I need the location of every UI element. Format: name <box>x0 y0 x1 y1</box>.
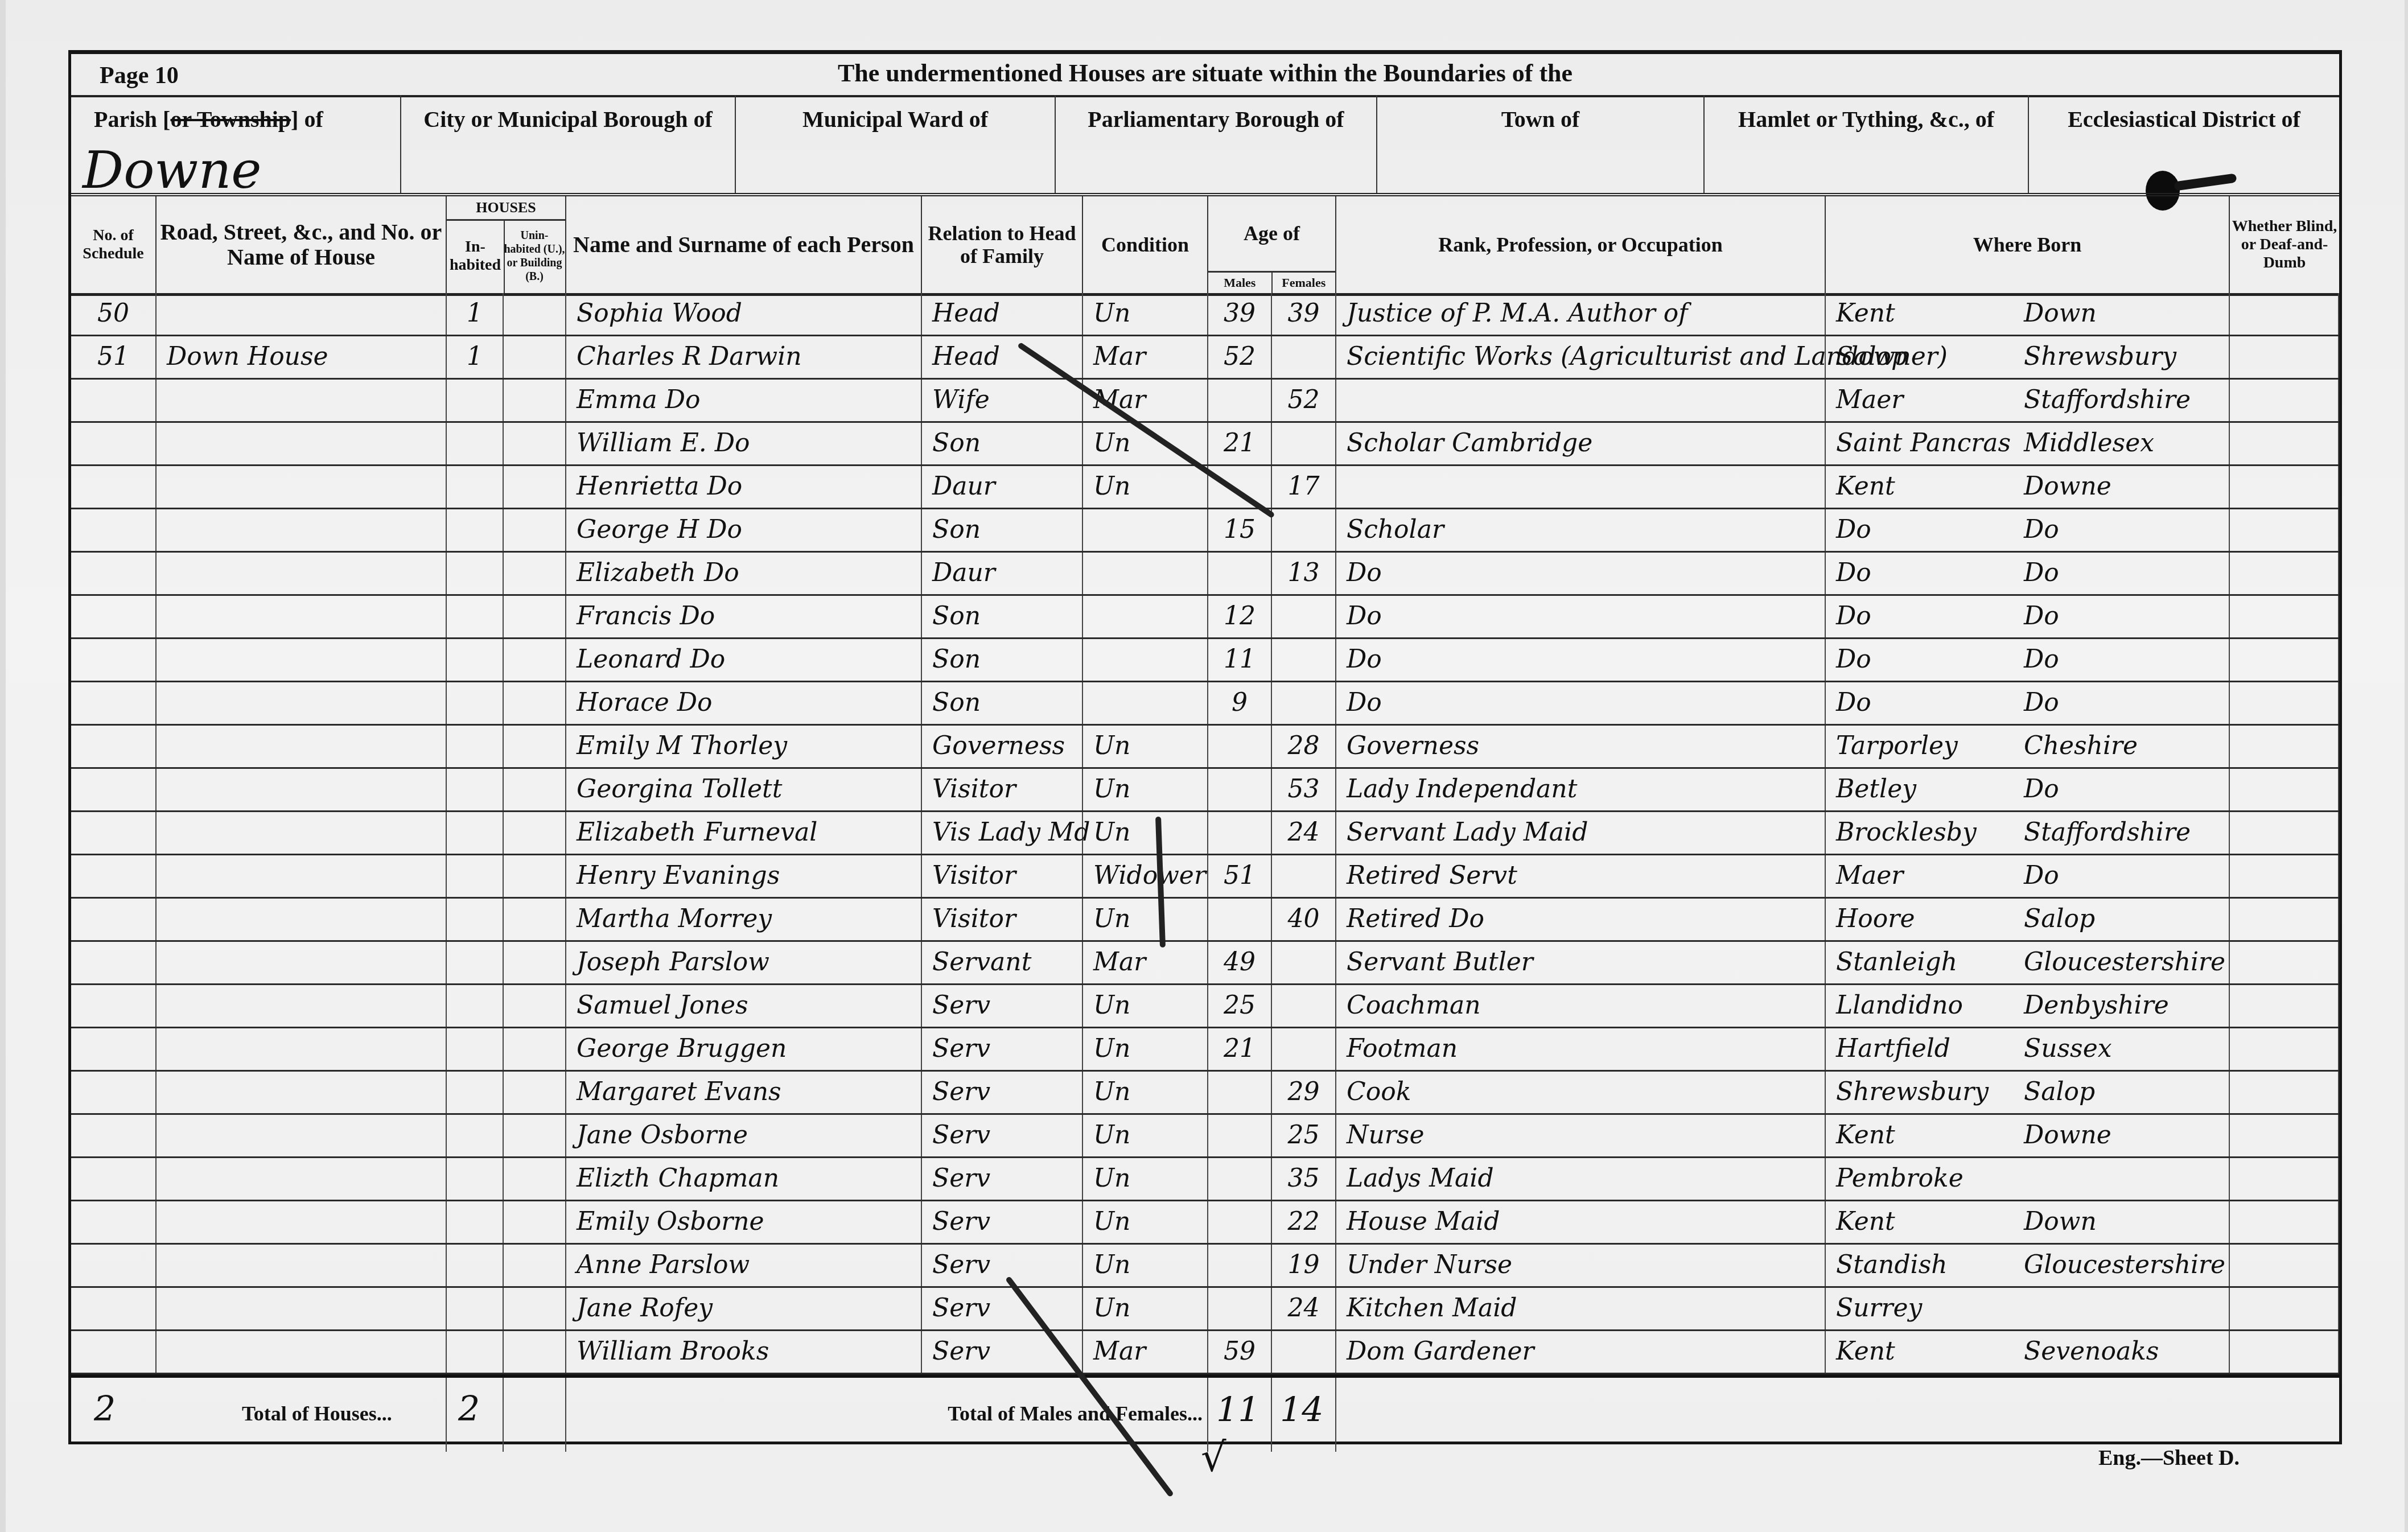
schedule-cell <box>71 1028 157 1070</box>
uninhabited-cell <box>504 380 566 421</box>
born-county-cell: Hoore <box>1826 899 2014 940</box>
occupation-cell: Do <box>1336 553 1826 594</box>
born-place-cell: Downe <box>2014 1115 2230 1156</box>
total-males-value: 11 <box>1216 1390 1259 1430</box>
males-age-cell: 49 <box>1208 942 1272 983</box>
condition-cell: Un <box>1083 1072 1208 1113</box>
born-place-cell: Sussex <box>2014 1028 2230 1070</box>
males-age-cell: 39 <box>1208 293 1272 335</box>
males-age-cell: 21 <box>1208 1028 1272 1070</box>
parish-cell: Parish [or Township] of Downe <box>71 95 401 193</box>
name-cell: Martha Morrey <box>566 899 922 940</box>
schedule-cell: 51 <box>71 336 157 378</box>
born-place-cell: Staffordshire <box>2014 812 2230 854</box>
males-age-cell: 51 <box>1208 855 1272 897</box>
born-county-cell: Kent <box>1826 1115 2014 1156</box>
total-persons-label: Total of Males and Females... <box>948 1402 1203 1426</box>
blind-cell <box>2230 1288 2339 1329</box>
road-cell <box>157 1158 447 1200</box>
inhabited-cell <box>447 380 504 421</box>
uninhabited-cell <box>504 1245 566 1286</box>
condition-cell: Un <box>1083 293 1208 335</box>
relation-cell: Son <box>922 682 1083 724</box>
uninhabited-cell <box>504 942 566 983</box>
name-cell: George Bruggen <box>566 1028 922 1070</box>
born-place-cell <box>2014 1288 2230 1329</box>
occupation-cell: Servant Butler <box>1336 942 1826 983</box>
col-schedule: No. of Schedule <box>71 196 157 293</box>
road-cell <box>157 855 447 897</box>
blind-cell <box>2230 899 2339 940</box>
occupation-cell: Coachman <box>1336 985 1826 1027</box>
col-houses: HOUSES In-habited Unin-habited (U.), or … <box>447 196 566 293</box>
occupation-cell: House Maid <box>1336 1201 1826 1243</box>
males-age-cell: 15 <box>1208 509 1272 551</box>
females-age-cell: 52 <box>1272 380 1336 421</box>
parish-label-prefix: Parish [ <box>94 106 170 132</box>
sheet-label: Eng.—Sheet D. <box>2098 1445 2240 1471</box>
born-place-cell: Salop <box>2014 899 2230 940</box>
inhabited-cell: 1 <box>447 293 504 335</box>
road-cell <box>157 596 447 637</box>
road-cell <box>157 293 447 335</box>
born-county-cell: Stanleigh <box>1826 942 2014 983</box>
males-age-cell <box>1208 553 1272 594</box>
relation-cell: Serv <box>922 1028 1083 1070</box>
blind-cell <box>2230 1072 2339 1113</box>
blind-cell <box>2230 682 2339 724</box>
born-county-cell: Tarporley <box>1826 726 2014 767</box>
blind-cell <box>2230 1028 2339 1070</box>
town-cell: Town of <box>1377 95 1705 193</box>
born-place-cell: Cheshire <box>2014 726 2230 767</box>
schedule-cell <box>71 682 157 724</box>
females-age-cell: 29 <box>1272 1072 1336 1113</box>
occupation-cell: Ladys Maid <box>1336 1158 1826 1200</box>
occupation-cell: Scholar Cambridge <box>1336 423 1826 464</box>
blind-cell <box>2230 596 2339 637</box>
females-age-cell: 17 <box>1272 466 1336 508</box>
uninhabited-cell <box>504 1201 566 1243</box>
inhabited-cell <box>447 423 504 464</box>
blind-cell <box>2230 509 2339 551</box>
table-row: George H DoSon15ScholarDoDo <box>71 509 2339 553</box>
name-cell: Jane Rofey <box>566 1288 922 1329</box>
born-county-cell: Pembroke <box>1826 1158 2014 1200</box>
schedule-cell <box>71 1245 157 1286</box>
born-county-cell: Surrey <box>1826 1288 2014 1329</box>
males-age-cell <box>1208 1288 1272 1329</box>
schedule-cell <box>71 1201 157 1243</box>
females-age-cell: 39 <box>1272 293 1336 335</box>
males-age-cell <box>1208 1245 1272 1286</box>
born-county-cell: Maer <box>1826 855 2014 897</box>
occupation-cell: Lady Independant <box>1336 769 1826 810</box>
born-place-cell: Middlesex <box>2014 423 2230 464</box>
road-cell <box>157 380 447 421</box>
occupation-cell: Nurse <box>1336 1115 1826 1156</box>
born-place-cell: Do <box>2014 682 2230 724</box>
males-age-cell: 59 <box>1208 1331 1272 1373</box>
males-age-cell <box>1208 769 1272 810</box>
uninhabited-cell <box>504 682 566 724</box>
inhabited-cell <box>447 466 504 508</box>
census-sheet: Page 10 The undermentioned Houses are si… <box>68 50 2342 1444</box>
road-cell <box>157 769 447 810</box>
schedule-cell <box>71 466 157 508</box>
occupation-cell: Kitchen Maid <box>1336 1288 1826 1329</box>
inhabited-cell <box>447 726 504 767</box>
road-cell: Down House <box>157 336 447 378</box>
females-age-cell <box>1272 1028 1336 1070</box>
uninhabited-cell <box>504 812 566 854</box>
table-row: George BruggenServUn21FootmanHartfieldSu… <box>71 1028 2339 1072</box>
occupation-cell: Retired Servt <box>1336 855 1826 897</box>
name-cell: Elizabeth Furneval <box>566 812 922 854</box>
table-row: Margaret EvansServUn29CookShrewsburySalo… <box>71 1072 2339 1115</box>
females-age-cell <box>1272 423 1336 464</box>
name-cell: Francis Do <box>566 596 922 637</box>
condition-cell: Un <box>1083 726 1208 767</box>
road-cell <box>157 812 447 854</box>
born-place-cell: Down <box>2014 1201 2230 1243</box>
table-row: 501Sophia WoodHeadUn3939Justice of P. M.… <box>71 293 2339 336</box>
relation-cell: Serv <box>922 1072 1083 1113</box>
females-age-cell: 13 <box>1272 553 1336 594</box>
condition-cell: Mar <box>1083 942 1208 983</box>
schedule-cell <box>71 1158 157 1200</box>
hamlet-cell: Hamlet or Tything, &c., of <box>1705 95 2029 193</box>
relation-cell: Son <box>922 639 1083 681</box>
born-county-cell: Maer <box>1826 380 2014 421</box>
blind-cell <box>2230 639 2339 681</box>
road-cell <box>157 1115 447 1156</box>
condition-cell: Mar <box>1083 336 1208 378</box>
uninhabited-cell <box>504 1115 566 1156</box>
road-cell <box>157 726 447 767</box>
males-age-cell <box>1208 899 1272 940</box>
females-age-cell <box>1272 942 1336 983</box>
road-cell <box>157 899 447 940</box>
name-cell: Henrietta Do <box>566 466 922 508</box>
females-age-cell: 19 <box>1272 1245 1336 1286</box>
born-place-cell: Shrewsbury <box>2014 336 2230 378</box>
condition-cell: Un <box>1083 1201 1208 1243</box>
relation-cell: Daur <box>922 466 1083 508</box>
table-row: Joseph ParslowServantMar49Servant Butler… <box>71 942 2339 985</box>
schedule-cell <box>71 899 157 940</box>
table-row: William BrooksServMar59Dom GardenerKentS… <box>71 1331 2339 1374</box>
males-age-cell <box>1208 380 1272 421</box>
boundary-title: The undermentioned Houses are situate wi… <box>71 59 2339 88</box>
table-row: Martha MorreyVisitorUn40Retired DoHooreS… <box>71 899 2339 942</box>
schedule-cell <box>71 855 157 897</box>
born-place-cell: Gloucestershire <box>2014 942 2230 983</box>
uninhabited-cell <box>504 769 566 810</box>
males-age-cell: 52 <box>1208 336 1272 378</box>
occupation-cell: Footman <box>1336 1028 1826 1070</box>
uninhabited-cell <box>504 726 566 767</box>
inhabited-cell <box>447 639 504 681</box>
blind-cell <box>2230 1158 2339 1200</box>
uninhabited-cell <box>504 1331 566 1373</box>
name-cell: Sophia Wood <box>566 293 922 335</box>
table-row: Elizth ChapmanServUn35Ladys MaidPembroke <box>71 1158 2339 1201</box>
condition-cell: Un <box>1083 1245 1208 1286</box>
road-cell <box>157 1288 447 1329</box>
blind-cell <box>2230 1245 2339 1286</box>
females-age-cell <box>1272 855 1336 897</box>
table-row: Elizabeth DoDaur13DoDoDo <box>71 553 2339 596</box>
relation-cell: Daur <box>922 553 1083 594</box>
inhabited-cell <box>447 899 504 940</box>
males-age-cell: 12 <box>1208 596 1272 637</box>
uninhabited-cell <box>504 466 566 508</box>
schedule-cell <box>71 639 157 681</box>
born-place-cell <box>2014 1158 2230 1200</box>
condition-cell: Mar <box>1083 1331 1208 1373</box>
relation-cell: Serv <box>922 1201 1083 1243</box>
males-age-cell <box>1208 1115 1272 1156</box>
col-road: Road, Street, &c., and No. or Name of Ho… <box>157 196 447 293</box>
relation-cell: Serv <box>922 985 1083 1027</box>
parish-label: Parish [or Township] of <box>71 108 400 131</box>
name-cell: Joseph Parslow <box>566 942 922 983</box>
name-cell: Charles R Darwin <box>566 336 922 378</box>
born-county-cell: Saint Pancras <box>1826 423 2014 464</box>
uninhabited-cell <box>504 293 566 335</box>
condition-cell: Un <box>1083 1288 1208 1329</box>
name-cell: William E. Do <box>566 423 922 464</box>
blind-cell <box>2230 1331 2339 1373</box>
hamlet-label: Hamlet or Tything, &c., of <box>1705 108 2028 131</box>
road-cell <box>157 466 447 508</box>
col-name: Name and Surname of each Person <box>566 196 922 293</box>
inhabited-cell <box>447 1201 504 1243</box>
males-age-cell: 25 <box>1208 985 1272 1027</box>
col-condition: Condition <box>1083 196 1208 293</box>
table-row: Jane OsborneServUn25NurseKentDowne <box>71 1115 2339 1158</box>
uninhabited-cell <box>504 855 566 897</box>
born-county-cell: Brocklesby <box>1826 812 2014 854</box>
condition-cell <box>1083 596 1208 637</box>
table-row: 51Down House1Charles R DarwinHeadMar52Sc… <box>71 336 2339 380</box>
col-where-born: Where Born <box>1826 196 2230 293</box>
inhabited-cell <box>447 942 504 983</box>
name-cell: Georgina Tollett <box>566 769 922 810</box>
road-cell <box>157 1245 447 1286</box>
uninhabited-cell <box>504 596 566 637</box>
parliamentary-borough-cell: Parliamentary Borough of <box>1056 95 1377 193</box>
name-cell: Elizabeth Do <box>566 553 922 594</box>
males-age-cell: 11 <box>1208 639 1272 681</box>
relation-cell: Head <box>922 293 1083 335</box>
name-cell: Henry Evanings <box>566 855 922 897</box>
schedule-cell <box>71 1072 157 1113</box>
houses-label: HOUSES <box>447 196 565 221</box>
blind-cell <box>2230 466 2339 508</box>
born-county-cell: Betley <box>1826 769 2014 810</box>
relation-cell: Vis Lady Md <box>922 812 1083 854</box>
relation-cell: Visitor <box>922 899 1083 940</box>
females-age-cell <box>1272 509 1336 551</box>
road-cell <box>157 1028 447 1070</box>
uninhabited-cell <box>504 985 566 1027</box>
uninhabited-cell <box>504 1158 566 1200</box>
blind-cell <box>2230 985 2339 1027</box>
name-cell: Leonard Do <box>566 639 922 681</box>
total-females-cell: 14 <box>1272 1378 1336 1452</box>
occupation-cell: Scientific Works (Agriculturist and Land… <box>1336 336 1826 378</box>
condition-cell <box>1083 682 1208 724</box>
condition-cell <box>1083 509 1208 551</box>
col-occupation: Rank, Profession, or Occupation <box>1336 196 1826 293</box>
relation-cell: Son <box>922 423 1083 464</box>
name-cell: Anne Parslow <box>566 1245 922 1286</box>
blind-cell <box>2230 769 2339 810</box>
schedule-total: 2 <box>94 1389 116 1429</box>
table-row: William E. DoSonUn21Scholar CambridgeSai… <box>71 423 2339 466</box>
blind-cell <box>2230 553 2339 594</box>
occupation-cell <box>1336 466 1826 508</box>
males-age-cell: 21 <box>1208 423 1272 464</box>
born-place-cell: Do <box>2014 639 2230 681</box>
occupation-cell: Dom Gardener <box>1336 1331 1826 1373</box>
table-row: Emily OsborneServUn22House MaidKentDown <box>71 1201 2339 1245</box>
males-age-cell <box>1208 812 1272 854</box>
condition-cell: Widower <box>1083 855 1208 897</box>
born-county-cell: Do <box>1826 509 2014 551</box>
table-row: Emma DoWifeMar52MaerStaffordshire <box>71 380 2339 423</box>
born-county-cell: Do <box>1826 682 2014 724</box>
males-age-cell <box>1208 726 1272 767</box>
females-age-cell: 24 <box>1272 1288 1336 1329</box>
name-cell: William Brooks <box>566 1331 922 1373</box>
born-county-cell: Kent <box>1826 466 2014 508</box>
uninhabited-cell <box>504 1288 566 1329</box>
schedule-cell: 50 <box>71 293 157 335</box>
district-row: Parish [or Township] of Downe City or Mu… <box>71 95 2339 196</box>
table-row: Henry EvaningsVisitorWidower51Retired Se… <box>71 855 2339 899</box>
occupation-cell: Servant Lady Maid <box>1336 812 1826 854</box>
inhabited-cell <box>447 553 504 594</box>
name-cell: Samuel Jones <box>566 985 922 1027</box>
relation-cell: Wife <box>922 380 1083 421</box>
females-age-cell: 40 <box>1272 899 1336 940</box>
col-age: Age of Males Females <box>1208 196 1336 293</box>
name-cell: Emily M Thorley <box>566 726 922 767</box>
table-row: Emily M ThorleyGovernessUn28GovernessTar… <box>71 726 2339 769</box>
condition-cell: Un <box>1083 1028 1208 1070</box>
inhabited-cell <box>447 1331 504 1373</box>
uninhabited-cell <box>504 423 566 464</box>
road-cell <box>157 942 447 983</box>
blind-cell <box>2230 293 2339 335</box>
females-age-cell <box>1272 985 1336 1027</box>
road-cell <box>157 1331 447 1373</box>
uninhabited-cell <box>504 336 566 378</box>
relation-cell: Son <box>922 596 1083 637</box>
inhabited-cell: 1 <box>447 336 504 378</box>
column-header-row: No. of Schedule Road, Street, &c., and N… <box>71 196 2339 296</box>
blind-cell <box>2230 1201 2339 1243</box>
municipal-borough-cell: City or Municipal Borough of <box>401 95 736 193</box>
blind-cell <box>2230 1115 2339 1156</box>
born-place-cell: Do <box>2014 769 2230 810</box>
table-row: Anne ParslowServUn19Under NurseStandishG… <box>71 1245 2339 1288</box>
condition-cell <box>1083 553 1208 594</box>
parish-value: Downe <box>83 141 262 200</box>
blind-cell <box>2230 812 2339 854</box>
relation-cell: Serv <box>922 1245 1083 1286</box>
road-cell <box>157 1201 447 1243</box>
females-age-cell <box>1272 682 1336 724</box>
females-age-cell: 53 <box>1272 769 1336 810</box>
females-label: Females <box>1273 273 1336 293</box>
schedule-cell <box>71 1288 157 1329</box>
occupation-cell: Scholar <box>1336 509 1826 551</box>
inhabited-cell <box>447 682 504 724</box>
blind-cell <box>2230 336 2339 378</box>
condition-cell: Un <box>1083 985 1208 1027</box>
relation-cell: Visitor <box>922 769 1083 810</box>
ecclesiastical-district-label: Ecclesiastical District of <box>2029 108 2339 131</box>
name-cell: Emily Osborne <box>566 1201 922 1243</box>
born-place-cell: Downe <box>2014 466 2230 508</box>
condition-cell: Un <box>1083 899 1208 940</box>
schedule-cell <box>71 942 157 983</box>
males-age-cell <box>1208 466 1272 508</box>
males-label: Males <box>1208 273 1273 293</box>
females-age-cell: 25 <box>1272 1115 1336 1156</box>
total-houses-value-cell: 2 <box>447 1378 504 1452</box>
uninhabited-cell <box>504 553 566 594</box>
total-houses-value: 2 <box>458 1389 480 1429</box>
inhabited-cell <box>447 1288 504 1329</box>
road-cell <box>157 423 447 464</box>
table-row: Georgina TollettVisitorUn53Lady Independ… <box>71 769 2339 812</box>
inhabited-cell <box>447 855 504 897</box>
schedule-cell <box>71 553 157 594</box>
parish-label-suffix: ] of <box>291 106 323 132</box>
occupation-cell: Do <box>1336 596 1826 637</box>
males-age-cell <box>1208 1072 1272 1113</box>
born-county-cell: Standish <box>1826 1245 2014 1286</box>
males-age-cell: 9 <box>1208 682 1272 724</box>
road-cell <box>157 985 447 1027</box>
schedule-cell <box>71 812 157 854</box>
inhabited-cell <box>447 1115 504 1156</box>
born-county-cell: Do <box>1826 553 2014 594</box>
total-females-value: 14 <box>1280 1390 1323 1430</box>
inhabited-cell <box>447 596 504 637</box>
condition-cell: Un <box>1083 769 1208 810</box>
schedule-cell <box>71 985 157 1027</box>
uninhabited-cell <box>504 509 566 551</box>
table-row: Francis DoSon12DoDoDo <box>71 596 2339 639</box>
born-county-cell: Llandidno <box>1826 985 2014 1027</box>
schedule-cell <box>71 726 157 767</box>
females-age-cell <box>1272 596 1336 637</box>
females-age-cell <box>1272 336 1336 378</box>
blind-cell <box>2230 380 2339 421</box>
occupation-cell <box>1336 380 1826 421</box>
uninhabited-cell <box>504 1028 566 1070</box>
total-houses-label: Total of Houses... <box>242 1402 392 1426</box>
condition-cell: Un <box>1083 466 1208 508</box>
born-county-cell: Kent <box>1826 293 2014 335</box>
males-age-cell <box>1208 1158 1272 1200</box>
